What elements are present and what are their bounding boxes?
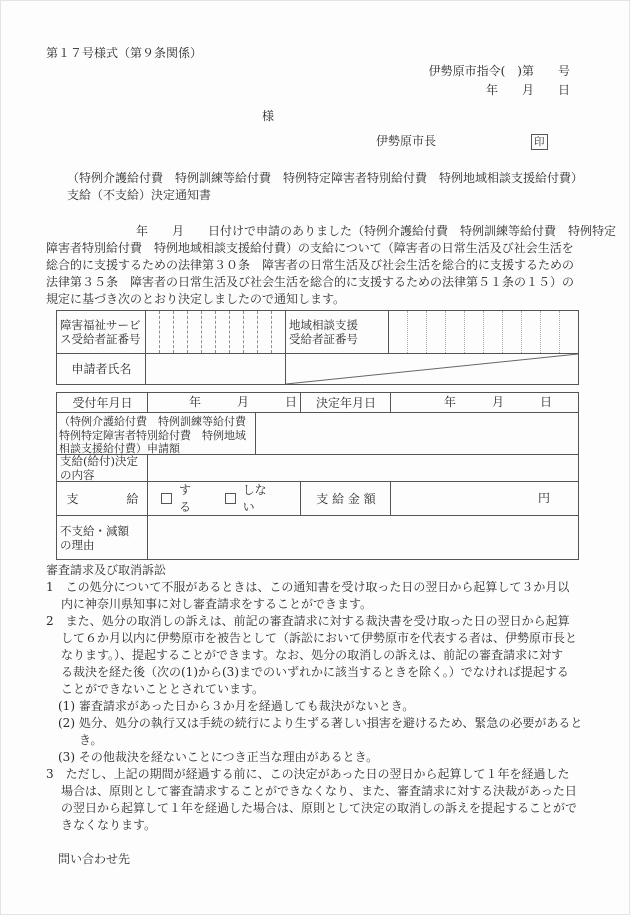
appeal-section-heading: 審査請求及び取消訴訟 [46, 562, 577, 579]
decision-table: 受付年月日 年 月 日 決定年月日 年 月 日 （特例介護給付費 特例訓練等給付… [56, 392, 579, 560]
denial-reason-field [147, 516, 578, 559]
regional-number-digit-cells [389, 311, 578, 353]
payment-yes-label: する [179, 482, 203, 516]
payment-label: 支 給 [57, 482, 147, 515]
seal-stamp-icon: 印 [531, 134, 548, 150]
reception-date-label: 受付年月日 [57, 393, 147, 412]
denial-reason-label: 不支給・減額 の理由 [57, 516, 147, 559]
crossed-out-cell [285, 354, 578, 384]
payment-yes-option: する [161, 482, 203, 516]
mayor-title: 伊勢原市長 [376, 133, 436, 150]
amount-field: 円 [390, 482, 578, 515]
application-amount-row: （特例介護給付費 特例訓練等給付費 特例特定障害者特別給付費 特例地域 相談支援… [57, 412, 578, 454]
amount-unit: 円 [538, 490, 550, 507]
decision-date-value: 年 月 日 [390, 393, 578, 412]
certificate-number-row: 障害福祉サービ ス受給者証番号 地域相談支援 受給者証番号 [57, 311, 578, 353]
application-amount-field [255, 413, 578, 454]
payment-row: 支 給 する しない 支 給 金 額 円 [57, 481, 578, 515]
addressee-suffix: 様 [262, 108, 577, 125]
decision-content-field [147, 455, 578, 481]
recipient-number-table: 障害福祉サービ ス受給者証番号 地域相談支援 受給者証番号 申請者氏名 [56, 310, 579, 385]
applicant-name-field [145, 354, 285, 384]
appeal-paragraph-3: 3 ただし、上記の期間が経過する前に、この決定があった日の翌日から起算して１年を… [46, 766, 577, 834]
regional-number-label: 地域相談支援 受給者証番号 [285, 311, 388, 353]
document-page: 第１７号様式（第９条関係） 伊勢原市指令( )第 号 年 月 日 様 伊勢原市長… [0, 0, 630, 915]
service-number-digit-cells [146, 311, 285, 353]
document-title: （特例介護給付費 特例訓練等給付費 特例特定障害者特別給付費 特例地域相談支援給… [67, 170, 577, 204]
service-number-field [145, 311, 285, 353]
decision-content-label: 支給(給付)決定 の内容 [57, 455, 147, 481]
appeal-paragraph-1: 1 この処分について不服があるときは、この通知書を受け取った日の翌日から起算して… [46, 579, 577, 613]
diagonal-strikethrough-line [286, 354, 578, 384]
appeal-paragraph-2: 2 また、処分の取消しの訴えは、前記の審査請求に対する裁決書を受け取った日の翌日… [46, 613, 577, 698]
dates-row: 受付年月日 年 月 日 決定年月日 年 月 日 [57, 393, 578, 412]
mayor-signature-line: 伊勢原市長 印 [46, 133, 577, 150]
applicant-name-label: 申請者氏名 [57, 354, 145, 384]
appeal-subitem-2: (2) 処分、処分の執行又は手続の続行により生ずる著しい損害を避けるため、緊急の… [46, 715, 577, 749]
payment-choice-field: する しない [147, 482, 300, 515]
payment-no-label: しない [243, 482, 278, 516]
denial-reason-row: 不支給・減額 の理由 [57, 515, 578, 559]
directive-number-line: 伊勢原市指令( )第 号 [46, 63, 577, 80]
application-amount-label: （特例介護給付費 特例訓練等給付費 特例特定障害者特別給付費 特例地域 相談支援… [57, 413, 255, 454]
issue-date-line: 年 月 日 [46, 82, 577, 99]
decision-date-label: 決定年月日 [300, 393, 390, 412]
appeal-subitem-1: (1) 審査請求があった日から３か月を経過しても裁決がないとき。 [46, 698, 577, 715]
reception-date-value: 年 月 日 [147, 393, 300, 412]
opening-paragraph: 年 月 日付けで申請のありました（特例介護給付費 特例訓練等給付費 特例特定 障… [46, 223, 577, 308]
checkbox-no-icon [225, 493, 236, 504]
contact-label: 問い合わせ先 [58, 851, 577, 868]
payment-no-option: しない [225, 482, 278, 516]
applicant-name-row: 申請者氏名 [57, 353, 578, 384]
regional-number-field [388, 311, 578, 353]
appeal-subitem-3: (3) その他裁決を経ないことにつき正当な理由があるとき。 [46, 749, 577, 766]
service-number-label: 障害福祉サービ ス受給者証番号 [57, 311, 145, 353]
checkbox-yes-icon [161, 493, 172, 504]
amount-label: 支 給 金 額 [300, 482, 390, 515]
decision-content-row: 支給(給付)決定 の内容 [57, 454, 578, 481]
form-number: 第１７号様式（第９条関係） [46, 45, 577, 62]
